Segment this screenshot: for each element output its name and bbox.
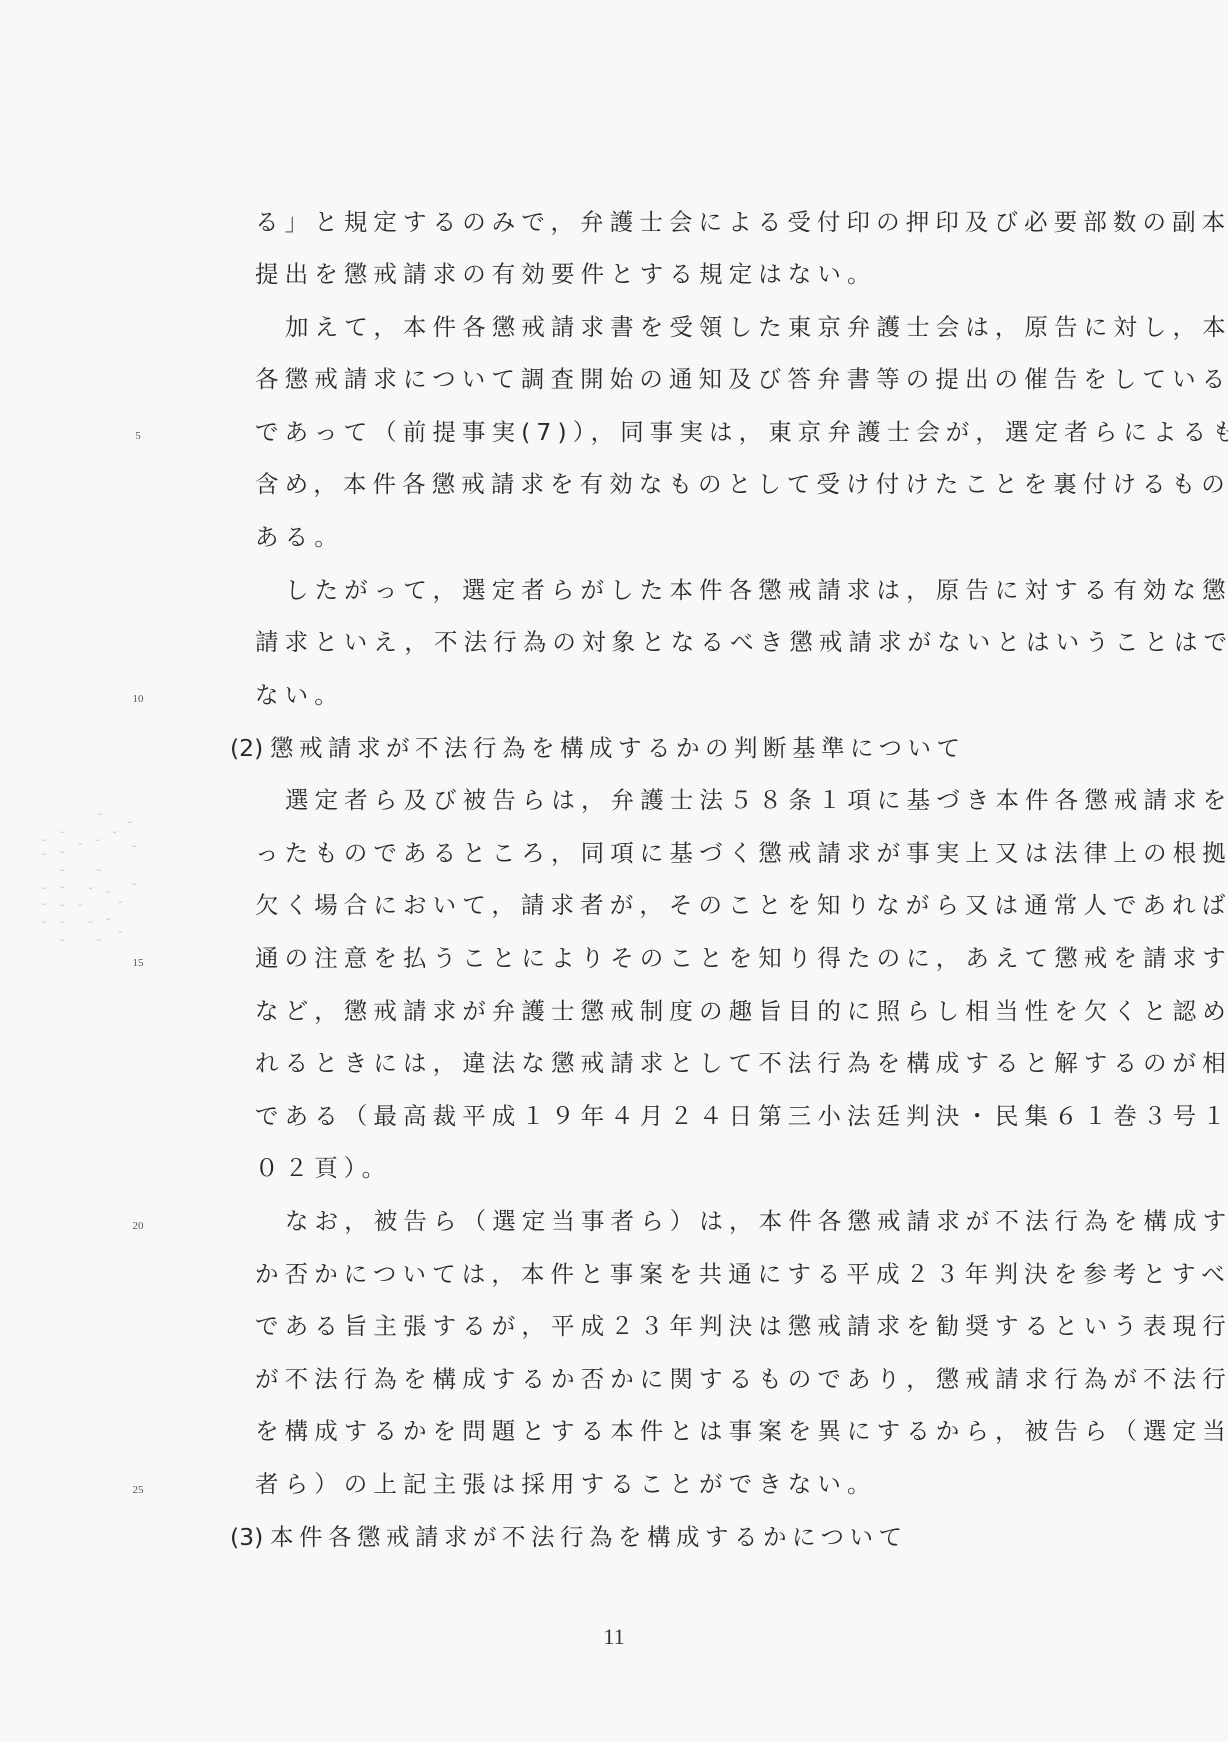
text-line: る」と規定するのみで，弁護士会による受付印の押印及び必要部数の副本の: [255, 202, 1125, 242]
paragraph-start: したがって，選定者らがした本件各懲戒請求は，原告に対する有効な懲戒: [255, 570, 1125, 610]
line-number: 25: [118, 1484, 158, 1496]
line-number: 10: [118, 693, 158, 705]
section-title: 懲戒請求が不法行為を構成するかの判断基準について: [270, 734, 966, 762]
paragraph-start: なお，被告ら（選定当事者ら）は，本件各懲戒請求が不法行為を構成する: [255, 1201, 1125, 1241]
text-line: 者ら）の上記主張は採用することができない。: [255, 1464, 1125, 1504]
document-page: 5 10 15 20 25 る」と規定するのみで，弁護士会による受付印の押印及び…: [0, 0, 1228, 1742]
text-line: 提出を懲戒請求の有効要件とする規定はない。: [255, 254, 1125, 294]
text-line: か否かについては，本件と事案を共通にする平成２３年判決を参考とすべき: [255, 1254, 1125, 1294]
text-line: など，懲戒請求が弁護士懲戒制度の趣旨目的に照らし相当性を欠くと認めら: [255, 991, 1125, 1031]
line-number: 15: [118, 957, 158, 969]
text-line: ったものであるところ，同項に基づく懲戒請求が事実上又は法律上の根拠を: [255, 833, 1125, 873]
text-line: 通の注意を払うことによりそのことを知り得たのに，あえて懲戒を請求する: [255, 938, 1125, 978]
section-heading-3: (3)本件各懲戒請求が不法行為を構成するかについて: [230, 1517, 1100, 1557]
text-line: である旨主張するが，平成２３年判決は懲戒請求を勧奨するという表現行為: [255, 1306, 1125, 1346]
text-line: ある。: [255, 517, 1125, 557]
text-line: である（最高裁平成１９年４月２４日第三小法廷判決・民集６１巻３号１１: [255, 1096, 1125, 1136]
text-line: 各懲戒請求について調査開始の通知及び答弁書等の提出の催告をしているの: [255, 359, 1125, 399]
scan-artifact-dots: [30, 790, 160, 960]
line-number: 20: [118, 1220, 158, 1232]
text-line: ０２頁）。: [255, 1148, 1125, 1188]
paragraph-start: 選定者ら及び被告らは，弁護士法５８条１項に基づき本件各懲戒請求を行: [255, 780, 1125, 820]
section-number: (3): [230, 1517, 270, 1557]
page-number: 11: [584, 1624, 644, 1650]
text-line: 欠く場合において，請求者が，そのことを知りながら又は通常人であれば普: [255, 885, 1125, 925]
text-line: が不法行為を構成するか否かに関するものであり，懲戒請求行為が不法行為: [255, 1359, 1125, 1399]
text-line: ない。: [255, 675, 1125, 715]
section-title: 本件各懲戒請求が不法行為を構成するかについて: [270, 1523, 908, 1551]
section-heading-2: (2)懲戒請求が不法行為を構成するかの判断基準について: [230, 728, 1100, 768]
text-line: であって（前提事実(7)），同事実は，東京弁護士会が，選定者らによるものも: [255, 412, 1125, 452]
line-number: 5: [118, 430, 158, 442]
text-line: れるときには，違法な懲戒請求として不法行為を構成すると解するのが相当: [255, 1043, 1125, 1083]
text-line: 請求といえ，不法行為の対象となるべき懲戒請求がないとはいうことはでき: [255, 622, 1125, 662]
text-line: を構成するかを問題とする本件とは事案を異にするから，被告ら（選定当事: [255, 1411, 1125, 1451]
section-number: (2): [230, 728, 270, 768]
paragraph-start: 加えて，本件各懲戒請求書を受領した東京弁護士会は，原告に対し，本件: [255, 307, 1125, 347]
text-line: 含め，本件各懲戒請求を有効なものとして受け付けたことを裏付けるもので: [255, 464, 1125, 504]
